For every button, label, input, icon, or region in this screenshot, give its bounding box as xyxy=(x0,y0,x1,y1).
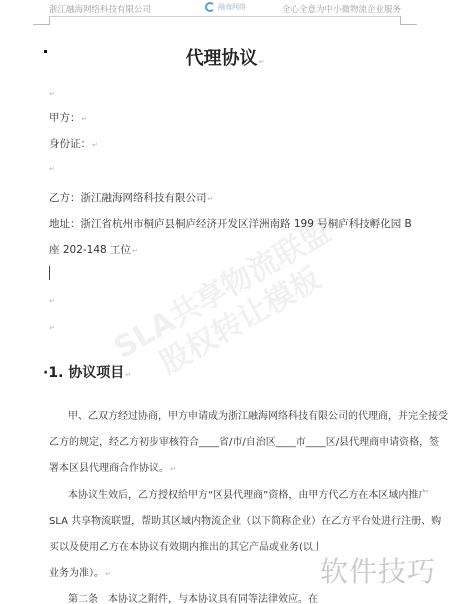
header-company: 浙江融海网络科技有限公司 xyxy=(49,3,151,15)
paragraph-mark-icon: ↵ xyxy=(49,165,55,173)
margin-corner-left xyxy=(33,24,49,25)
watermark: SLA共享物流联盟 股权转让模板 xyxy=(108,214,355,398)
section-heading[interactable]: ·1. 协议项目↵ xyxy=(43,362,131,382)
party-b-line[interactable]: 乙方：浙江融海网络科技有限公司↵ xyxy=(49,190,213,205)
header-logo: 融海网络 xyxy=(205,2,246,12)
page-header: 浙江融海网络科技有限公司 融海网络 全心全意为中小微物流企业服务 xyxy=(0,0,450,20)
header-slogan: 全心全意为中小微物流企业服务 xyxy=(282,3,401,15)
body-line[interactable]: 乙方的规定，经乙方初步审核符合____省/市/自治区____市____区/县代理… xyxy=(49,433,439,448)
margin-corner-right xyxy=(401,24,417,25)
party-a-line[interactable]: 甲方：↵ xyxy=(49,110,87,125)
paragraph-mark-icon: ↵ xyxy=(49,324,55,332)
body-line[interactable]: 甲、乙双方经过协商，甲方申请成为浙江融海网络科技有限公司的代理商，并完全接受 xyxy=(68,407,448,422)
paragraph-mark-icon: ↵ xyxy=(49,297,55,305)
body-line[interactable]: SLA 共享物流联盟，帮助其区域内物流企业（以下简称企业）在乙方平台处进行注册、… xyxy=(49,512,441,527)
margin-corner-left-v xyxy=(49,16,50,25)
text-cursor xyxy=(49,266,50,280)
paragraph-mark-icon: ↵ xyxy=(49,90,55,98)
header-divider xyxy=(49,16,401,17)
id-card-line[interactable]: 身份证：↵ xyxy=(49,136,98,151)
margin-corner-right-v xyxy=(400,16,401,25)
body-line[interactable]: 买以及使用乙方在本协议有效期内推出的其它产品或业务(以上代理 xyxy=(49,538,343,553)
address-line-1[interactable]: 地址：浙江省杭州市桐庐县桐庐经济开发区洋洲南路 199 号桐庐科技孵化园 B xyxy=(49,216,412,231)
document-title[interactable]: 代理协议↵ xyxy=(0,44,450,70)
body-line[interactable]: 业务为准）。↵ xyxy=(49,564,111,579)
body-line[interactable]: 第二条 本协议之附件，与本协议具有同等法律效应。在协议有 xyxy=(68,590,348,604)
address-line-2[interactable]: 座 202-148 工位↵ xyxy=(49,242,138,257)
body-line[interactable]: 署本区县代理商合作协议。↵ xyxy=(49,459,176,474)
logo-icon xyxy=(205,2,215,12)
body-line[interactable]: 本协议生效后，乙方授权给甲方“区县代理商”资格，由甲方代乙方在本区域内推广 xyxy=(68,486,428,501)
overlay-text: 软件技巧 xyxy=(320,550,436,590)
